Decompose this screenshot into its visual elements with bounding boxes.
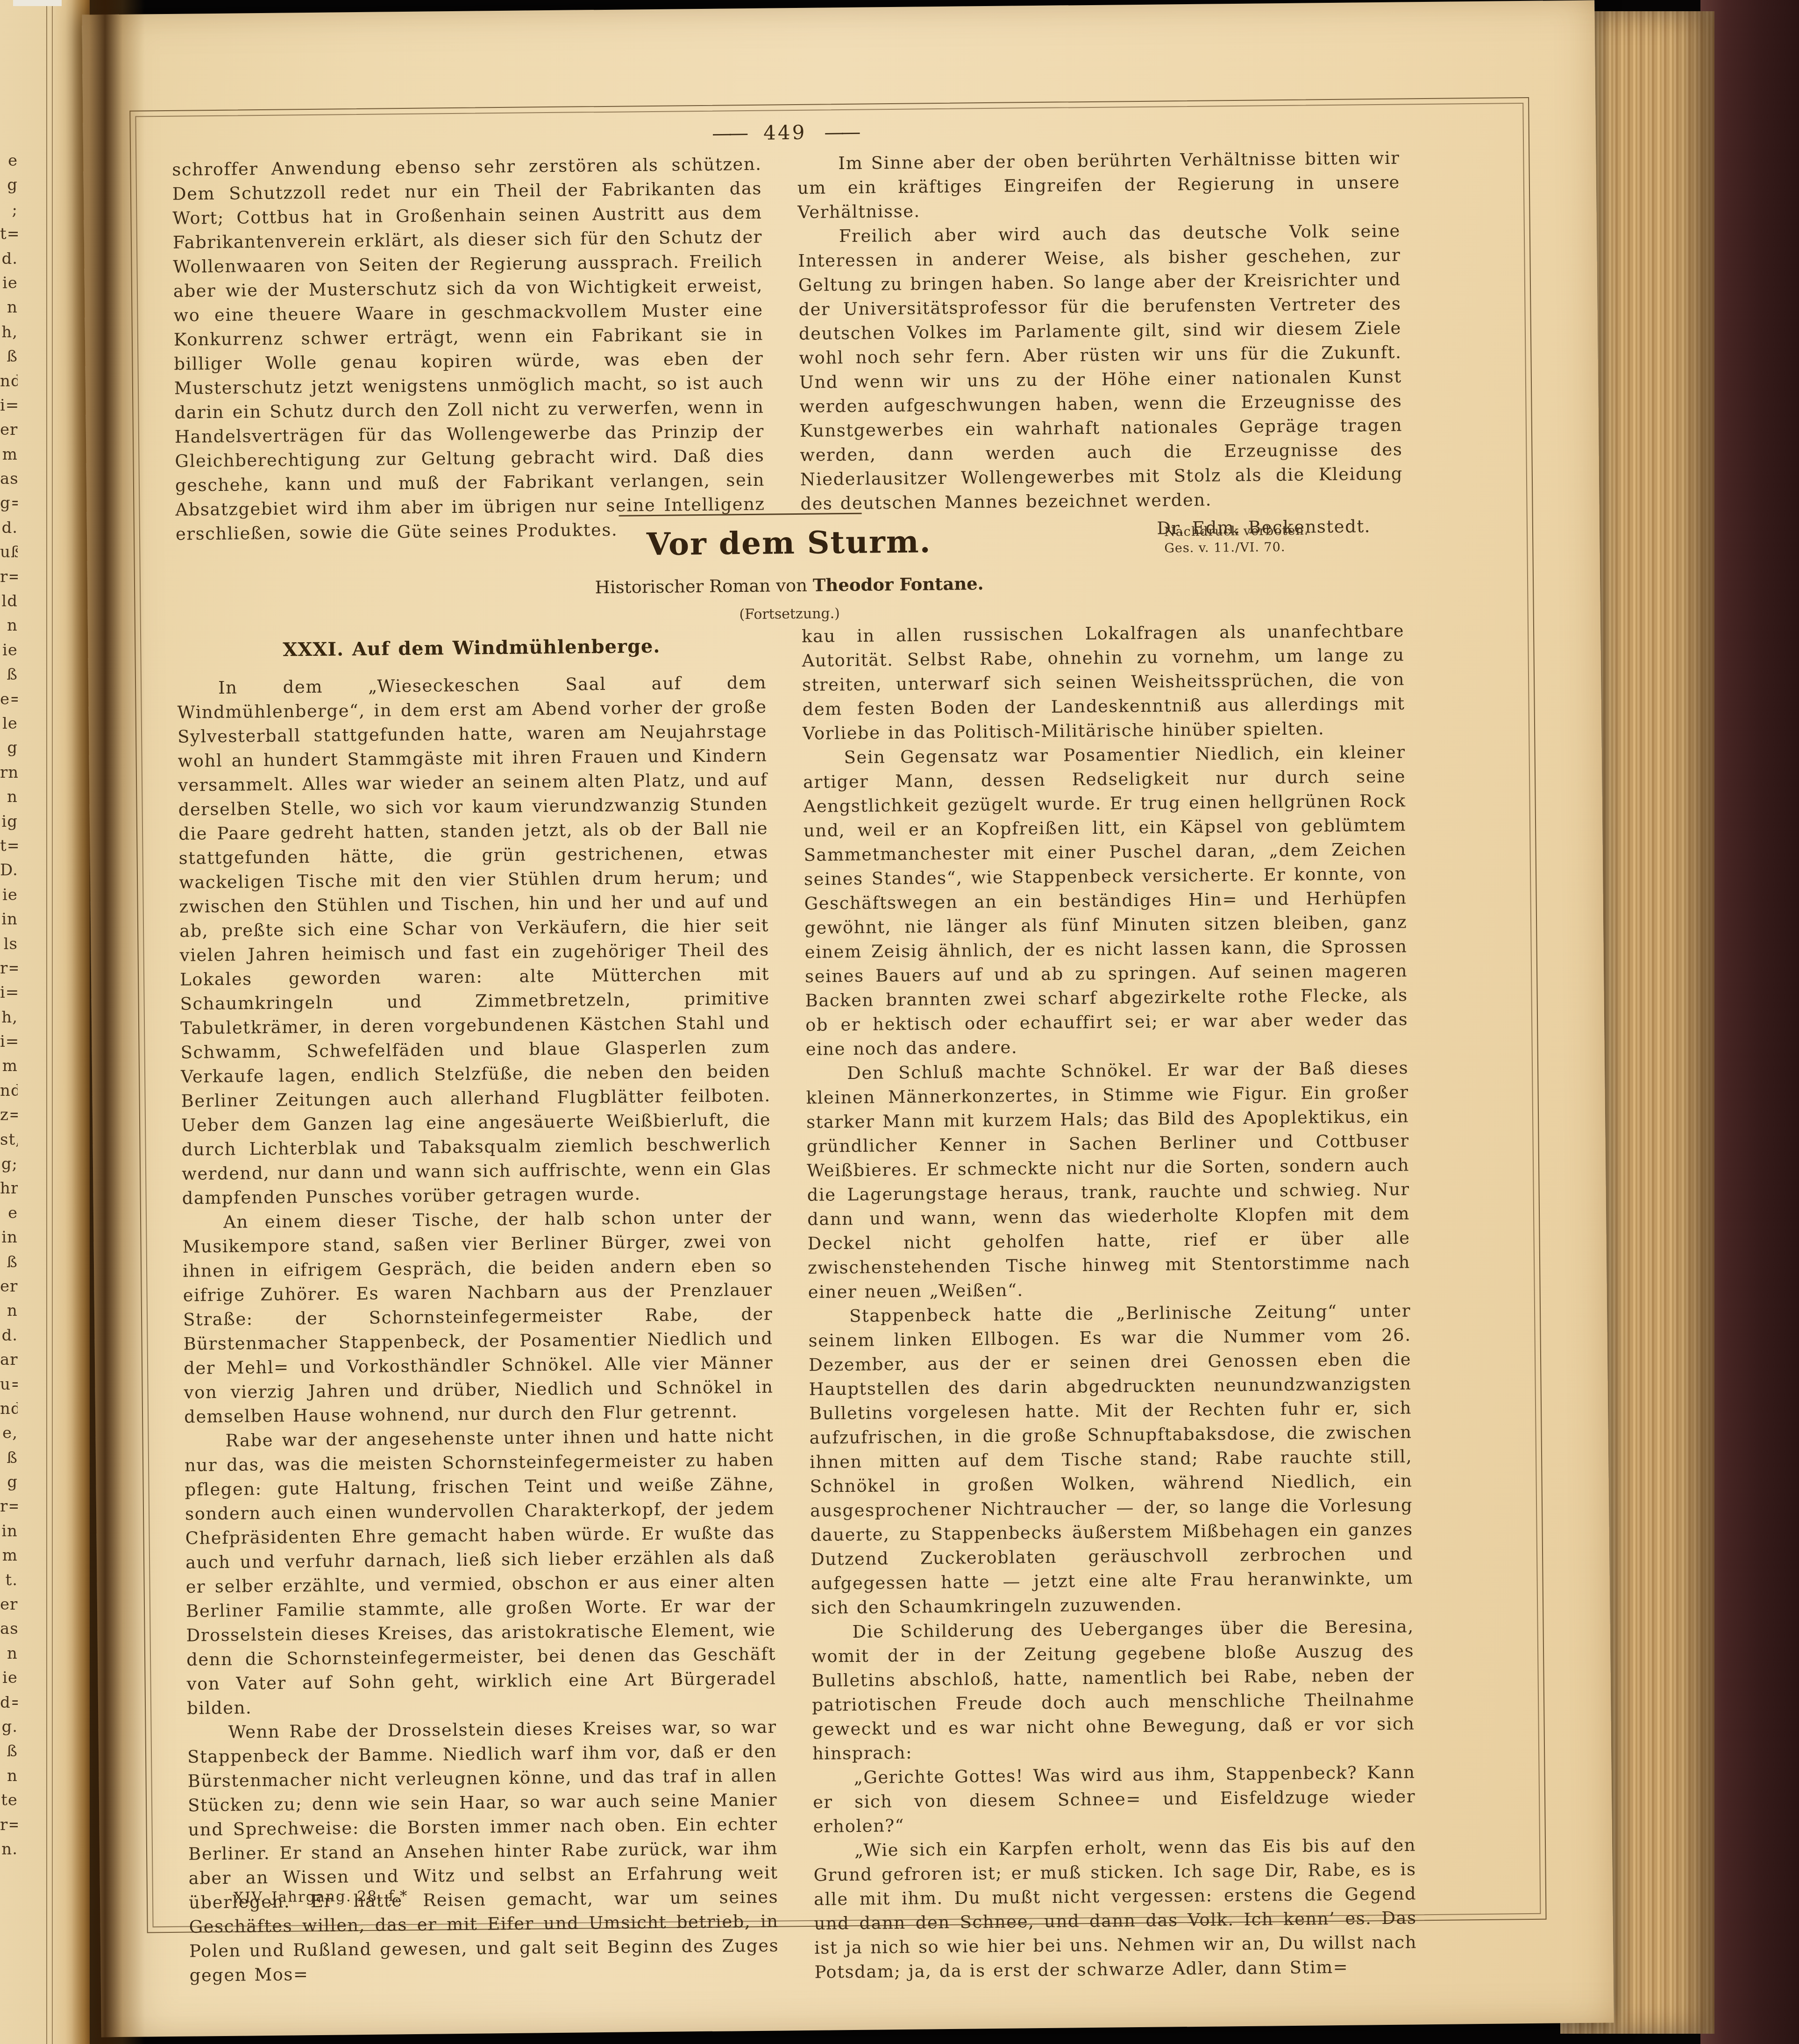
text-fragment: er bbox=[0, 1592, 18, 1617]
text-fragment: i= bbox=[0, 1029, 18, 1054]
text-fragment: t= bbox=[0, 222, 18, 246]
text-fragment: g. bbox=[0, 1715, 18, 1739]
paragraph: Die Schilderung des Ueberganges über die… bbox=[811, 1614, 1415, 1766]
text-fragment: d. bbox=[0, 247, 18, 271]
text-fragment: le bbox=[0, 711, 18, 736]
text-fragment: ar bbox=[0, 1348, 18, 1372]
text-fragment: n bbox=[0, 1299, 18, 1323]
rights-notice: Nachdruck verboten. Ges. v. 11./VI. 70. bbox=[1164, 521, 1408, 556]
text-fragment: d. bbox=[0, 516, 18, 540]
text-fragment: r= bbox=[0, 956, 18, 980]
novel-column-right: kau in allen russischen Lokalfragen als … bbox=[802, 619, 1417, 1985]
main-page: ——449—— schroffer Anwendung ebenso sehr … bbox=[82, 0, 1614, 2037]
text-fragment: t. bbox=[0, 1568, 18, 1592]
paragraph: In dem „Wieseckeschen Saal auf dem Windm… bbox=[177, 671, 772, 1211]
paragraph: Freilich aber wird auch das deutsche Vol… bbox=[798, 219, 1403, 516]
header-rule-right: —— bbox=[824, 121, 858, 144]
text-fragment: m bbox=[0, 1054, 18, 1078]
text-fragment: D. bbox=[0, 858, 18, 882]
text-fragment: ig bbox=[0, 809, 18, 834]
text-fragment: st, bbox=[0, 1128, 18, 1152]
novel-column-left: XXXI. Auf dem Windmühlenberge. In dem „W… bbox=[177, 633, 779, 1988]
text-fragment: g= bbox=[0, 491, 18, 515]
text-fragment: er bbox=[0, 418, 18, 442]
text-fragment: er bbox=[0, 1274, 18, 1299]
rights-line: Ges. v. 11./VI. 70. bbox=[1164, 538, 1407, 556]
text-fragment: i= bbox=[0, 980, 18, 1005]
book-photo: eg;t=d.ienh,ßndi=ermasg=d.ußr=ldnieße=le… bbox=[0, 0, 1799, 2044]
text-fragment: in bbox=[0, 1519, 18, 1543]
text-fragment: nd bbox=[0, 1079, 18, 1103]
text-fragment: uß bbox=[0, 540, 18, 564]
text-fragment: g bbox=[0, 173, 18, 197]
text-fragment: ie bbox=[0, 638, 18, 662]
text-fragment: i= bbox=[0, 393, 18, 418]
text-fragment: n bbox=[0, 295, 18, 319]
text-fragment: r= bbox=[0, 1494, 18, 1519]
text-fragment: n bbox=[0, 613, 18, 638]
text-fragment: n bbox=[0, 1641, 18, 1666]
footer-jahrgang: XIV. Jahrgang. 28. f.* bbox=[234, 1888, 408, 1906]
text-fragment: ls bbox=[0, 932, 18, 956]
paragraph: Sein Gegensatz war Posamentier Niedlich,… bbox=[803, 740, 1408, 1062]
text-fragment: ; bbox=[0, 198, 18, 222]
text-fragment: h, bbox=[0, 1005, 18, 1029]
text-fragment: n bbox=[0, 1764, 18, 1788]
text-fragment: e bbox=[0, 149, 18, 173]
text-fragment: ie bbox=[0, 271, 18, 295]
text-fragment: as bbox=[0, 1617, 18, 1641]
header-rule-left: —— bbox=[712, 121, 746, 145]
chapter-heading: XXXI. Auf dem Windmühlenberge. bbox=[177, 633, 766, 663]
text-fragment: r= bbox=[0, 1813, 18, 1837]
paragraph: Im Sinne aber der oben berührten Verhält… bbox=[797, 146, 1400, 225]
previous-page-sliver: eg;t=d.ienh,ßndi=ermasg=d.ußr=ldnieße=le… bbox=[0, 0, 90, 2044]
text-fragment: e, bbox=[0, 1421, 18, 1445]
text-fragment: ß bbox=[0, 1250, 18, 1274]
text-fragment: m bbox=[0, 1543, 18, 1568]
text-fragment: hr bbox=[0, 1176, 18, 1200]
paragraph: schroffer Anwendung ebenso sehr zerstöre… bbox=[172, 152, 765, 546]
text-fragment: ie bbox=[0, 1666, 18, 1690]
text-fragment: nd bbox=[0, 369, 18, 393]
text-fragment: t= bbox=[0, 834, 18, 858]
article-column-left: schroffer Anwendung ebenso sehr zerstöre… bbox=[172, 152, 765, 546]
text-fragment: h, bbox=[0, 320, 18, 344]
byline-prefix: Historischer Roman von bbox=[595, 575, 813, 597]
author-name: Theodor Fontane. bbox=[813, 573, 984, 596]
text-fragment: nd bbox=[0, 1397, 18, 1421]
paragraph: „Wie sich ein Karpfen erholt, wenn das E… bbox=[813, 1833, 1417, 1984]
paragraph: Stappenbeck hatte die „Berlinische Zeitu… bbox=[808, 1299, 1414, 1620]
text-fragment: z= bbox=[0, 1103, 18, 1127]
text-fragment: ß bbox=[0, 344, 18, 369]
text-fragment: u= bbox=[0, 1372, 18, 1397]
rights-line: Nachdruck verboten. bbox=[1164, 521, 1407, 540]
text-fragment: rn bbox=[0, 760, 18, 785]
text-fragment: n bbox=[0, 785, 18, 809]
paragraph: Den Schluß machte Schnökel. Er war der B… bbox=[806, 1056, 1411, 1304]
text-fragment: g bbox=[0, 736, 18, 760]
article-column-right: Im Sinne aber der oben berührten Verhält… bbox=[797, 146, 1403, 544]
text-fragment: g bbox=[0, 1470, 18, 1494]
text-fragment: e bbox=[0, 1201, 18, 1225]
text-fragment: ß bbox=[0, 662, 18, 687]
text-fragment: g; bbox=[0, 1152, 18, 1176]
paragraph: Rabe war der angesehenste unter ihnen un… bbox=[184, 1424, 776, 1721]
text-fragment: d= bbox=[0, 1690, 18, 1715]
text-fragment: r= bbox=[0, 565, 18, 589]
text-fragment: d. bbox=[0, 1323, 18, 1348]
book-cover bbox=[1700, 0, 1799, 2044]
previous-page-frame-rule bbox=[46, 0, 53, 2044]
paragraph: Wenn Rabe der Drosselstein dieses Kreise… bbox=[187, 1715, 779, 1988]
text-fragment: n. bbox=[0, 1837, 18, 1861]
text-fragment: ie bbox=[0, 883, 18, 907]
paragraph: „Gerichte Gottes! Was wird aus ihm, Stap… bbox=[812, 1760, 1415, 1838]
text-fragment: ld bbox=[0, 589, 18, 613]
page-number: 449 bbox=[763, 121, 807, 144]
page-edge-fragments: eg;t=d.ienh,ßndi=ermasg=d.ußr=ldnieße=le… bbox=[0, 149, 18, 1861]
paragraph: kau in allen russischen Lokalfragen als … bbox=[802, 619, 1405, 746]
text-fragment: m bbox=[0, 442, 18, 467]
text-fragment: in bbox=[0, 907, 18, 931]
corner-notch bbox=[13, 0, 62, 6]
text-fragment: as bbox=[0, 467, 18, 491]
text-fragment: e= bbox=[0, 687, 18, 711]
text-fragment: in bbox=[0, 1225, 18, 1249]
text-fragment: te bbox=[0, 1788, 18, 1812]
text-fragment: ß bbox=[0, 1446, 18, 1470]
text-fragment: ß bbox=[0, 1739, 18, 1763]
paragraph: An einem dieser Tische, der halb schon u… bbox=[182, 1205, 774, 1429]
